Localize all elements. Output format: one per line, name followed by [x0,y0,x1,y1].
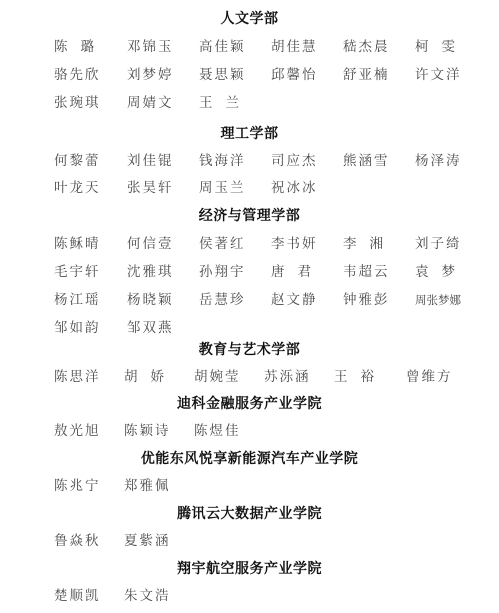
student-name: 李湘 [343,234,396,254]
student-name: 何黎蕾 [54,151,101,171]
student-name: 熊涵雪 [343,151,390,171]
student-name: 赵文静 [271,290,318,310]
student-name: 侯著红 [199,234,246,254]
student-name: 曾维方 [406,367,453,387]
student-name: 郑雅佩 [124,476,171,496]
student-name: 周婧文 [127,93,174,113]
student-name: 陈思洋 [54,367,101,387]
student-name: 柯雯 [415,37,468,57]
student-name: 袁梦 [415,262,468,282]
name-row: 骆先欣 刘梦婷 聂思颖 邱馨怡 舒亚楠 许文洋 [0,65,499,85]
student-name: 舒亚楠 [343,65,390,85]
student-name: 钱海洋 [199,151,246,171]
section-title-youneng-new-energy: 优能东风悦享新能源汽车产业学院 [0,449,499,469]
student-name: 王兰 [199,93,252,113]
student-name: 杨晓颖 [127,290,174,310]
award-name-list: 人文学部 陈璐 邓锦玉 高佳颖 胡佳慧 嵇杰晨 柯雯 骆先欣 刘梦婷 聂思颖 邱… [0,0,499,613]
student-name: 许文洋 [415,65,462,85]
student-name: 岳慧珍 [199,290,246,310]
section-title-economics-management: 经济与管理学部 [0,206,499,226]
student-name: 刘梦婷 [127,65,174,85]
student-name: 陈稣晴 [54,234,101,254]
student-name: 张琬琪 [54,93,101,113]
section-title-dike-finance: 迪科金融服务产业学院 [0,394,499,414]
student-name: 胡娇 [124,367,177,387]
student-name: 夏紫涵 [124,531,171,551]
section-title-humanities: 人文学部 [0,9,499,29]
student-name: 敖光旭 [54,421,101,441]
student-name: 朱文浩 [124,586,171,606]
name-row: 张琬琪 周婧文 王兰 [0,93,499,113]
student-name: 韦超云 [343,262,390,282]
student-name: 邹双燕 [127,318,174,338]
student-name: 祝冰冰 [271,178,318,198]
name-row: 邹如韵 邹双燕 [0,318,499,338]
section-title-xiangyu-aviation: 翔宇航空服务产业学院 [0,559,499,579]
student-name: 沈雅琪 [127,262,174,282]
name-row: 敖光旭 陈颖诗 陈煜佳 [0,421,499,441]
student-name: 叶龙天 [54,178,101,198]
student-name: 陈颖诗 [124,421,171,441]
student-name: 鲁焱秋 [54,531,101,551]
student-name: 杨泽涛 [415,151,462,171]
student-name: 杨江瑶 [54,290,101,310]
student-name: 邹如韵 [54,318,101,338]
student-name: 邓锦玉 [127,37,174,57]
student-name: 陈兆宁 [54,476,101,496]
name-row: 楚顺凯 朱文浩 [0,586,499,606]
student-name: 胡佳慧 [271,37,318,57]
student-name: 楚顺凯 [54,586,101,606]
name-row: 陈思洋 胡娇 胡婉莹 苏泺涵 王裕 曾维方 [0,367,499,387]
student-name: 苏泺涵 [264,367,311,387]
student-name: 司应杰 [271,151,318,171]
name-row: 鲁焱秋 夏紫涵 [0,531,499,551]
section-title-science-engineering: 理工学部 [0,124,499,144]
student-name: 张昊轩 [127,178,174,198]
name-row: 陈兆宁 郑雅佩 [0,476,499,496]
student-name: 刘子绮 [415,234,462,254]
student-name: 高佳颖 [199,37,246,57]
student-name: 孙翔宇 [199,262,246,282]
name-row: 叶龙天 张昊轩 周玉兰 祝冰冰 [0,178,499,198]
section-title-education-arts: 教育与艺术学部 [0,340,499,360]
student-name: 邱馨怡 [271,65,318,85]
student-name: 李书妍 [271,234,318,254]
student-name: 唐君 [271,262,324,282]
name-row: 毛宇轩 沈雅琪 孙翔宇 唐君 韦超云 袁梦 [0,262,499,282]
student-name: 刘佳锟 [127,151,174,171]
name-row: 何黎蕾 刘佳锟 钱海洋 司应杰 熊涵雪 杨泽涛 [0,151,499,171]
name-row: 杨江瑶 杨晓颖 岳慧珍 赵文静 钟雅彭 周张梦娜 [0,290,499,310]
student-name: 钟雅彭 [343,290,390,310]
student-name: 王裕 [334,367,387,387]
student-name: 毛宇轩 [54,262,101,282]
name-row: 陈稣晴 何信壹 侯著红 李书妍 李湘 刘子绮 [0,234,499,254]
student-name: 陈煜佳 [194,421,241,441]
student-name: 周玉兰 [199,178,246,198]
section-title-tencent-cloud: 腾讯云大数据产业学院 [0,504,499,524]
student-name: 骆先欣 [54,65,101,85]
student-name: 聂思颖 [199,65,246,85]
student-name: 何信壹 [127,234,174,254]
student-name: 周张梦娜 [415,290,461,310]
student-name: 陈璐 [54,37,107,57]
student-name: 胡婉莹 [194,367,241,387]
student-name: 嵇杰晨 [343,37,390,57]
name-row: 陈璐 邓锦玉 高佳颖 胡佳慧 嵇杰晨 柯雯 [0,37,499,57]
